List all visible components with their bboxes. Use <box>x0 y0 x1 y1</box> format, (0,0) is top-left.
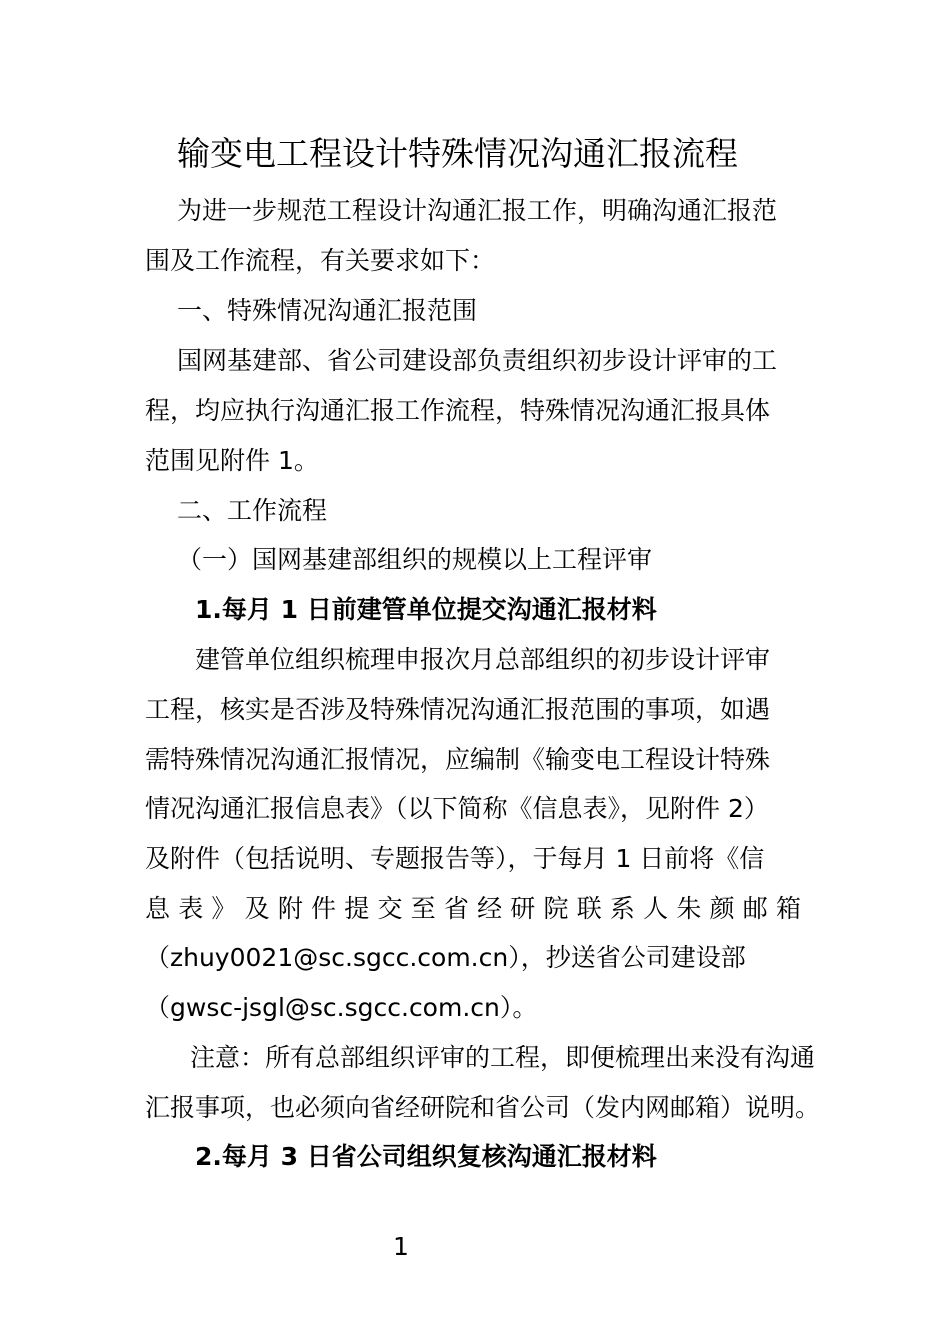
document-title: 输变电工程设计特殊情况沟通汇报流程 <box>177 134 738 174</box>
step-1-paragraph-line-3: 需特殊情况沟通汇报情况，应编制《输变电工程设计特殊 <box>145 745 807 775</box>
section-1-paragraph-line-2: 程，均应执行沟通汇报工作流程，特殊情况沟通汇报具体 <box>145 396 807 426</box>
intro-paragraph-line-1: 为进一步规范工程设计沟通汇报工作，明确沟通汇报范 <box>177 196 807 226</box>
step-1-paragraph-line-5: 及附件（包括说明、专题报告等），于每月 1 日前将《信 <box>145 844 807 874</box>
step-heading-2: 2.每月 3 日省公司组织复核沟通汇报材料 <box>195 1142 857 1172</box>
step-1-paragraph-line-4: 情况沟通汇报信息表》（以下简称《信息表》，见附件 2） <box>145 794 807 824</box>
step-heading-1: 1.每月 1 日前建管单位提交沟通汇报材料 <box>195 595 857 625</box>
section-1-paragraph-line-3: 范围见附件 1。 <box>145 446 807 476</box>
step-1-paragraph-line-1: 建管单位组织梳理申报次月总部组织的初步设计评审 <box>195 645 807 675</box>
section-heading-1: 一、特殊情况沟通汇报范围 <box>177 296 839 326</box>
section-1-paragraph-line-1: 国网基建部、省公司建设部负责组织初步设计评审的工 <box>177 346 807 376</box>
section-heading-2: 二、工作流程 <box>177 496 839 526</box>
step-1-paragraph-line-2: 工程，核实是否涉及特殊情况沟通汇报范围的事项，如遇 <box>145 695 807 725</box>
page-number: 1 <box>393 1232 409 1262</box>
step-1-paragraph-line-8: （gwsc-jsgl@sc.sgcc.com.cn）。 <box>145 993 807 1023</box>
intro-paragraph-line-2: 围及工作流程，有关要求如下： <box>145 246 807 276</box>
step-1-paragraph-line-7: （zhuy0021@sc.sgcc.com.cn），抄送省公司建设部 <box>145 943 807 973</box>
subsection-heading-1: （一）国网基建部组织的规模以上工程评审 <box>177 545 839 575</box>
note-paragraph-line-2: 汇报事项，也必须向省经研院和省公司（发内网邮箱）说明。 <box>145 1093 807 1123</box>
document-page: 输变电工程设计特殊情况沟通汇报流程 为进一步规范工程设计沟通汇报工作，明确沟通汇… <box>0 0 950 1344</box>
step-1-paragraph-line-6: 息表》及附件提交至省经研院联系人朱颜邮箱 <box>145 894 807 924</box>
note-paragraph-line-1: 注意：所有总部组织评审的工程，即便梳理出来没有沟通 <box>190 1043 807 1073</box>
